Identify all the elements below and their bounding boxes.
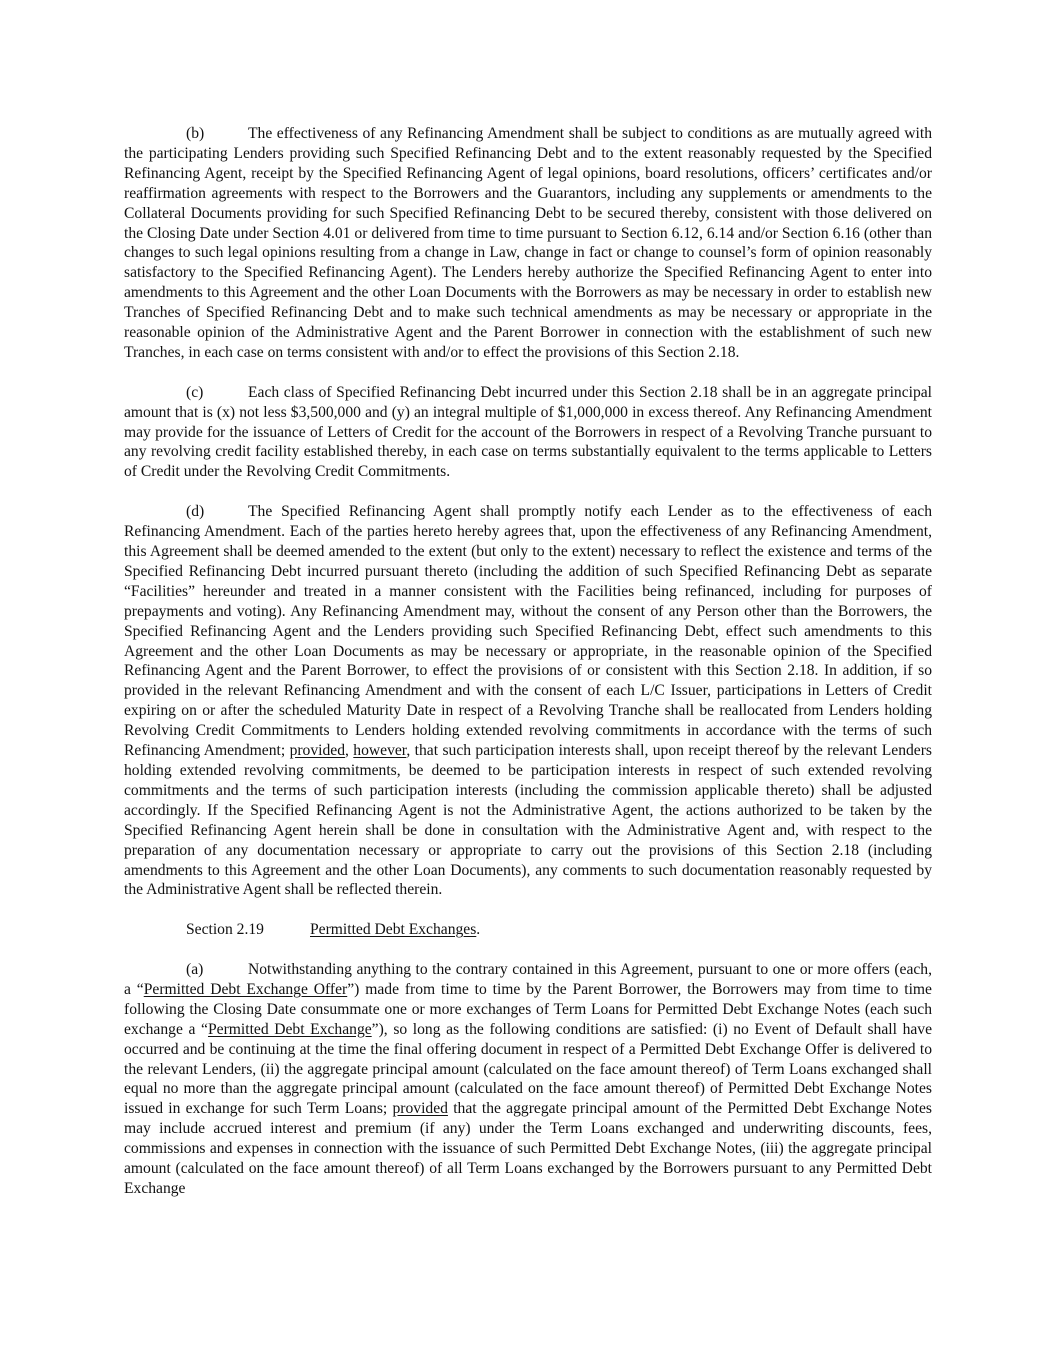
section-title-period: .: [476, 921, 480, 938]
section-title: Permitted Debt Exchanges: [310, 921, 476, 938]
defined-term-provided: provided: [290, 742, 345, 759]
section-heading: Section 2.19Permitted Debt Exchanges.: [124, 920, 932, 940]
paragraph-marker: (c): [124, 383, 248, 403]
paragraph-marker: (b): [124, 124, 248, 144]
document-page: (b)The effectiveness of any Refinancing …: [124, 124, 932, 1199]
paragraph-marker: (d): [124, 502, 248, 522]
paragraph-text: The Specified Refinancing Agent shall pr…: [124, 503, 932, 759]
defined-term-permitted-debt-exchange: Permitted Debt Exchange: [208, 1021, 372, 1038]
defined-term-provided: provided: [393, 1100, 448, 1117]
defined-term-however: however: [353, 742, 406, 759]
paragraph-marker: (a): [124, 960, 248, 980]
section-number: Section 2.19: [124, 920, 310, 940]
paragraph-text: The effectiveness of any Refinancing Ame…: [124, 125, 932, 361]
paragraph-text: , that such participation interests shal…: [124, 742, 932, 898]
paragraph-b: (b)The effectiveness of any Refinancing …: [124, 124, 932, 363]
paragraph-a: (a)Notwithstanding anything to the contr…: [124, 960, 932, 1199]
defined-term-permitted-debt-exchange-offer: Permitted Debt Exchange Offer: [144, 981, 348, 998]
paragraph-d: (d)The Specified Refinancing Agent shall…: [124, 502, 932, 900]
paragraph-c: (c)Each class of Specified Refinancing D…: [124, 383, 932, 483]
